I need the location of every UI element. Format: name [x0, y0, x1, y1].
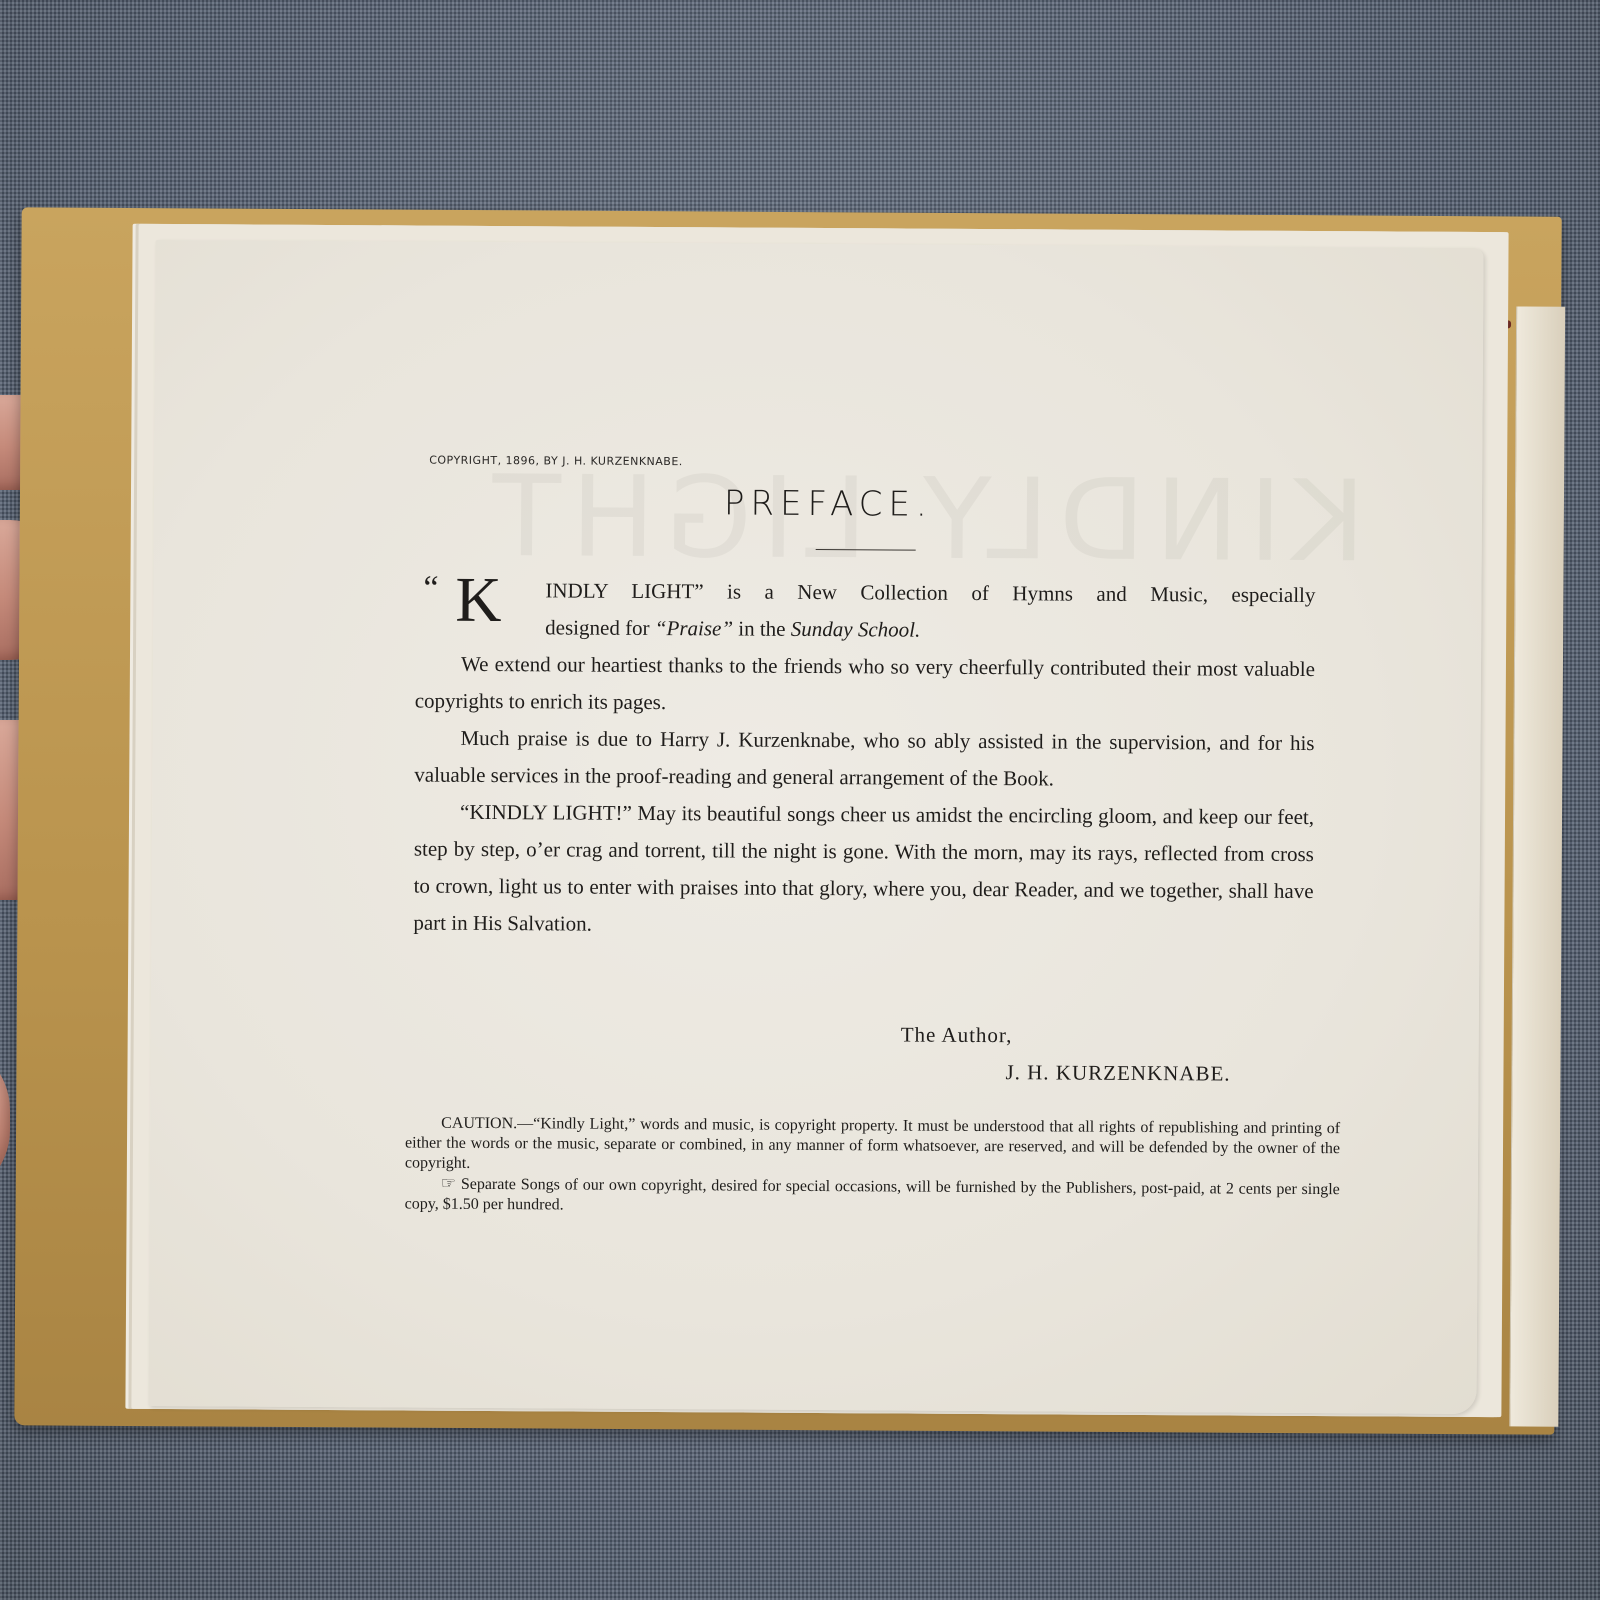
- lead-paragraph: “ K INDLY LIGHT” is a New Collection of …: [415, 572, 1315, 651]
- lead-line-2-mid: in the: [733, 616, 791, 640]
- separate-songs-text: Separate Songs of our own copyright, des…: [405, 1176, 1340, 1214]
- caution-notice: CAUTION.—“Kindly Light,” words and music…: [405, 1113, 1341, 1220]
- drop-cap: K: [455, 568, 502, 632]
- paragraph-kindly-light: “KINDLY LIGHT!” May its beautiful songs …: [413, 794, 1314, 947]
- title-rule: [816, 549, 916, 551]
- open-quote: “: [423, 570, 438, 607]
- lead-line-2: designed for “Praise” in the Sunday Scho…: [545, 609, 1315, 651]
- separate-songs-notice: ☞ Separate Songs of our own copyright, d…: [405, 1173, 1340, 1220]
- copyright-line: COPYRIGHT, 1896, BY J. H. KURZENKNABE.: [429, 454, 683, 469]
- pointing-hand-icon: ☞: [441, 1174, 456, 1193]
- preface-body: “ K INDLY LIGHT” is a New Collection of …: [413, 572, 1315, 947]
- page-title: PREFACE.: [724, 483, 933, 524]
- preface-page: KINDLY LIGHT COPYRIGHT, 1896, BY J. H. K…: [148, 240, 1483, 1414]
- caution-text: CAUTION.—“Kindly Light,” words and music…: [405, 1113, 1340, 1179]
- finger-lower: [0, 1040, 10, 1200]
- paragraph-thanks: We extend our heartiest thanks to the fr…: [415, 646, 1315, 725]
- praise-italic: “Praise”: [655, 616, 733, 640]
- facing-page-edge: [1509, 306, 1565, 1426]
- lead-line-2-prefix: designed for: [545, 615, 655, 640]
- signature-author: The Author,: [901, 1023, 1013, 1049]
- signature-name: J. H. KURZENKNABE.: [1005, 1060, 1230, 1086]
- paragraph-praise: Much praise is due to Harry J. Kurzenkna…: [414, 720, 1314, 799]
- lead-line-1: INDLY LIGHT” is a New Collection of Hymn…: [545, 572, 1315, 614]
- sunday-school-italic: Sunday School.: [791, 617, 921, 642]
